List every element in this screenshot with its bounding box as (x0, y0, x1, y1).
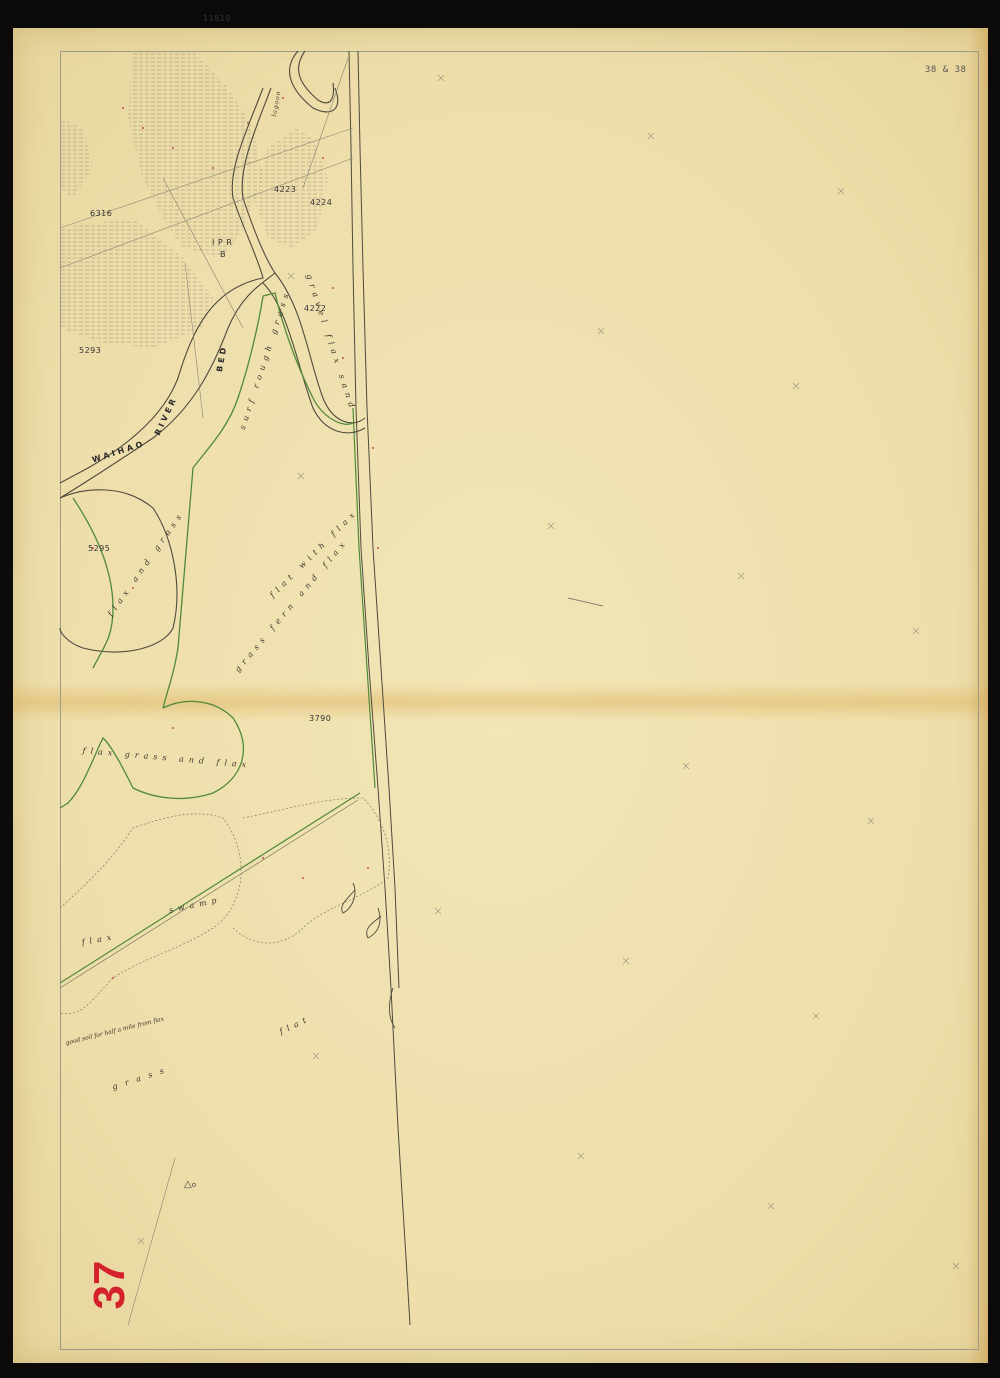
pencil-stroke (568, 598, 603, 606)
lower-swamp-outline (60, 798, 389, 1014)
lagoon-inlets (342, 883, 395, 1028)
road-line (60, 800, 358, 988)
lot-ipr-sub-label: B (220, 250, 226, 259)
green-boundaries (60, 293, 360, 983)
lot-3790-label: 3790 (309, 714, 331, 723)
triangle-icon: △ (184, 1179, 192, 1190)
lot-ipr-label: I P R (212, 238, 232, 247)
map-linework (13, 28, 988, 1363)
lot-5295-label: 5295 (88, 544, 110, 553)
sheet-number-red: 37 (85, 1250, 135, 1320)
sheet-reference: 38 & 38 (925, 65, 966, 75)
trig-station-marker: △o (184, 1179, 196, 1190)
lot-5293-label: 5293 (79, 346, 101, 355)
lot-4223-label: 4223 (274, 185, 296, 194)
lot-6316-label: 6316 (90, 209, 112, 218)
map-sheet: 11619 6316 4224 4223 I P R B 4222 5293 5… (13, 28, 988, 1363)
lot-4224-label: 4224 (310, 198, 332, 207)
trig-station-label: o (192, 1181, 196, 1189)
graticule-crosses (138, 75, 959, 1269)
lot-11619-label: 11619 (203, 14, 231, 23)
coastline (349, 51, 410, 1325)
